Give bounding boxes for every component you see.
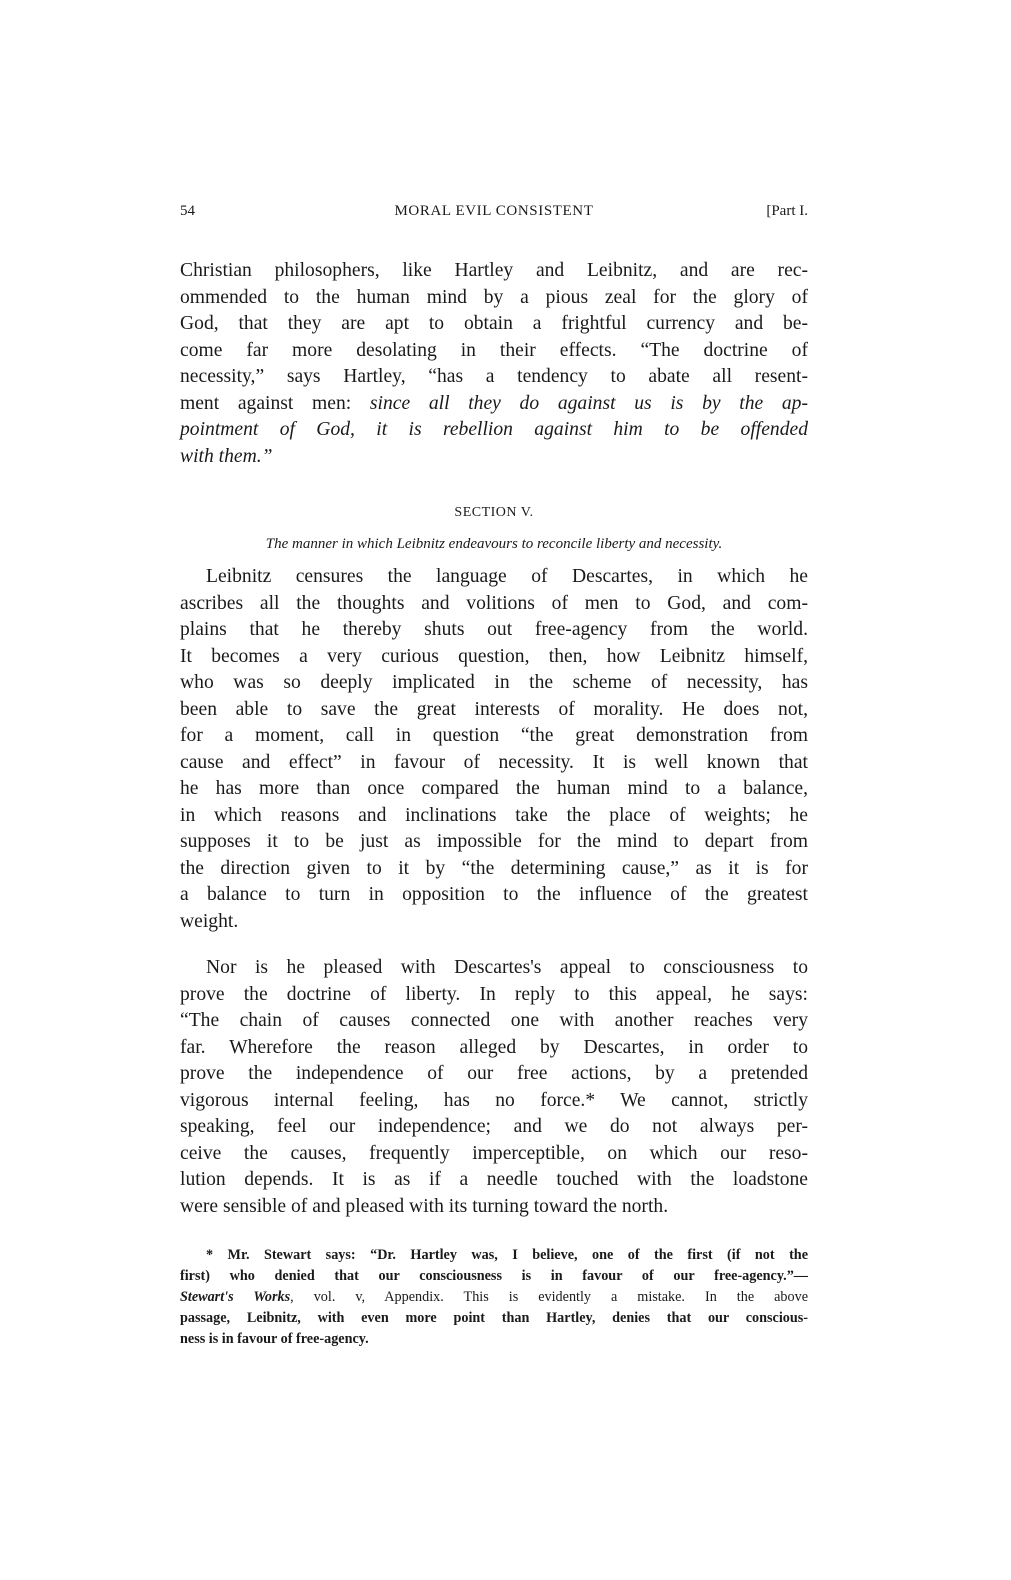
footnote-line: ness is in favour of free-agency. xyxy=(180,1329,808,1350)
italic-quote-line: pointment of God, it is rebellion agains… xyxy=(180,417,808,444)
text-line: prove the doctrine of liberty. In reply … xyxy=(180,982,808,1009)
text-line: supposes it to be just as impossible for… xyxy=(180,829,808,856)
text-line: were sensible of and pleased with its tu… xyxy=(180,1194,808,1221)
text-line: ascribes all the thoughts and volitions … xyxy=(180,591,808,618)
text-line: ommended to the human mind by a pious ze… xyxy=(180,285,808,312)
text-line: been able to save the great interests of… xyxy=(180,697,808,724)
running-head-title: MORAL EVIL CONSISTENT xyxy=(180,203,808,220)
text-line: speaking, feel our independence; and we … xyxy=(180,1114,808,1141)
text-line: Leibnitz censures the language of Descar… xyxy=(180,564,808,591)
text-line: God, that they are apt to obtain a frigh… xyxy=(180,311,808,338)
section-subtitle: The manner in which Leibnitz endeavours … xyxy=(180,536,808,553)
text-line: a balance to turn in opposition to the i… xyxy=(180,882,808,909)
text-line: who was so deeply implicated in the sche… xyxy=(180,670,808,697)
text-line: weight. xyxy=(180,909,808,936)
text-span: ment against men: xyxy=(180,393,370,414)
running-head-part: [Part I. xyxy=(766,203,808,220)
footnote-line: passage, Leibnitz, with even more point … xyxy=(180,1308,808,1329)
italic-quote-line: with them.” xyxy=(180,444,808,471)
footnote-line: * Mr. Stewart says: “Dr. Hartley was, I … xyxy=(180,1245,808,1266)
text-line: “The chain of causes connected one with … xyxy=(180,1008,808,1035)
paragraph-2: Nor is he pleased with Descartes's appea… xyxy=(180,955,808,1220)
footnote: * Mr. Stewart says: “Dr. Hartley was, I … xyxy=(180,1245,808,1350)
text-line: far. Wherefore the reason alleged by Des… xyxy=(180,1035,808,1062)
text-line: prove the independence of our free actio… xyxy=(180,1061,808,1088)
text-line: plains that he thereby shuts out free-ag… xyxy=(180,617,808,644)
running-head: 54 MORAL EVIL CONSISTENT [Part I. xyxy=(180,203,808,223)
text-line: for a moment, call in question “the grea… xyxy=(180,723,808,750)
book-page: 54 MORAL EVIL CONSISTENT [Part I. Christ… xyxy=(0,0,1011,1580)
text-line: lution depends. It is as if a needle tou… xyxy=(180,1167,808,1194)
footnote-text: , vol. v, Appendix. This is evidently a … xyxy=(290,1289,808,1305)
text-line: the direction given to it by “the determ… xyxy=(180,856,808,883)
text-line: in which reasons and inclinations take t… xyxy=(180,803,808,830)
text-line: Christian philosophers, like Hartley and… xyxy=(180,258,808,285)
paragraph-1: Leibnitz censures the language of Descar… xyxy=(180,564,808,935)
footnote-line: Stewart's Works, vol. v, Appendix. This … xyxy=(180,1287,808,1308)
text-line: necessity,” says Hartley, “has a tendenc… xyxy=(180,364,808,391)
continuation-paragraph: Christian philosophers, like Hartley and… xyxy=(180,258,808,470)
text-line: Nor is he pleased with Descartes's appea… xyxy=(180,955,808,982)
text-line: cause and effect” in favour of necessity… xyxy=(180,750,808,777)
text-line: It becomes a very curious question, then… xyxy=(180,644,808,671)
text-line: come far more desolating in their effect… xyxy=(180,338,808,365)
footnote-citation: Stewart's Works xyxy=(180,1289,290,1305)
text-line: ceive the causes, frequently imperceptib… xyxy=(180,1141,808,1168)
footnote-line: first) who denied that our consciousness… xyxy=(180,1266,808,1287)
text-line: ment against men: since all they do agai… xyxy=(180,391,808,418)
italic-quote: since all they do against us is by the a… xyxy=(370,393,808,414)
section-heading: SECTION V. xyxy=(180,505,808,521)
text-line: he has more than once compared the human… xyxy=(180,776,808,803)
text-line: vigorous internal feeling, has no force.… xyxy=(180,1088,808,1115)
